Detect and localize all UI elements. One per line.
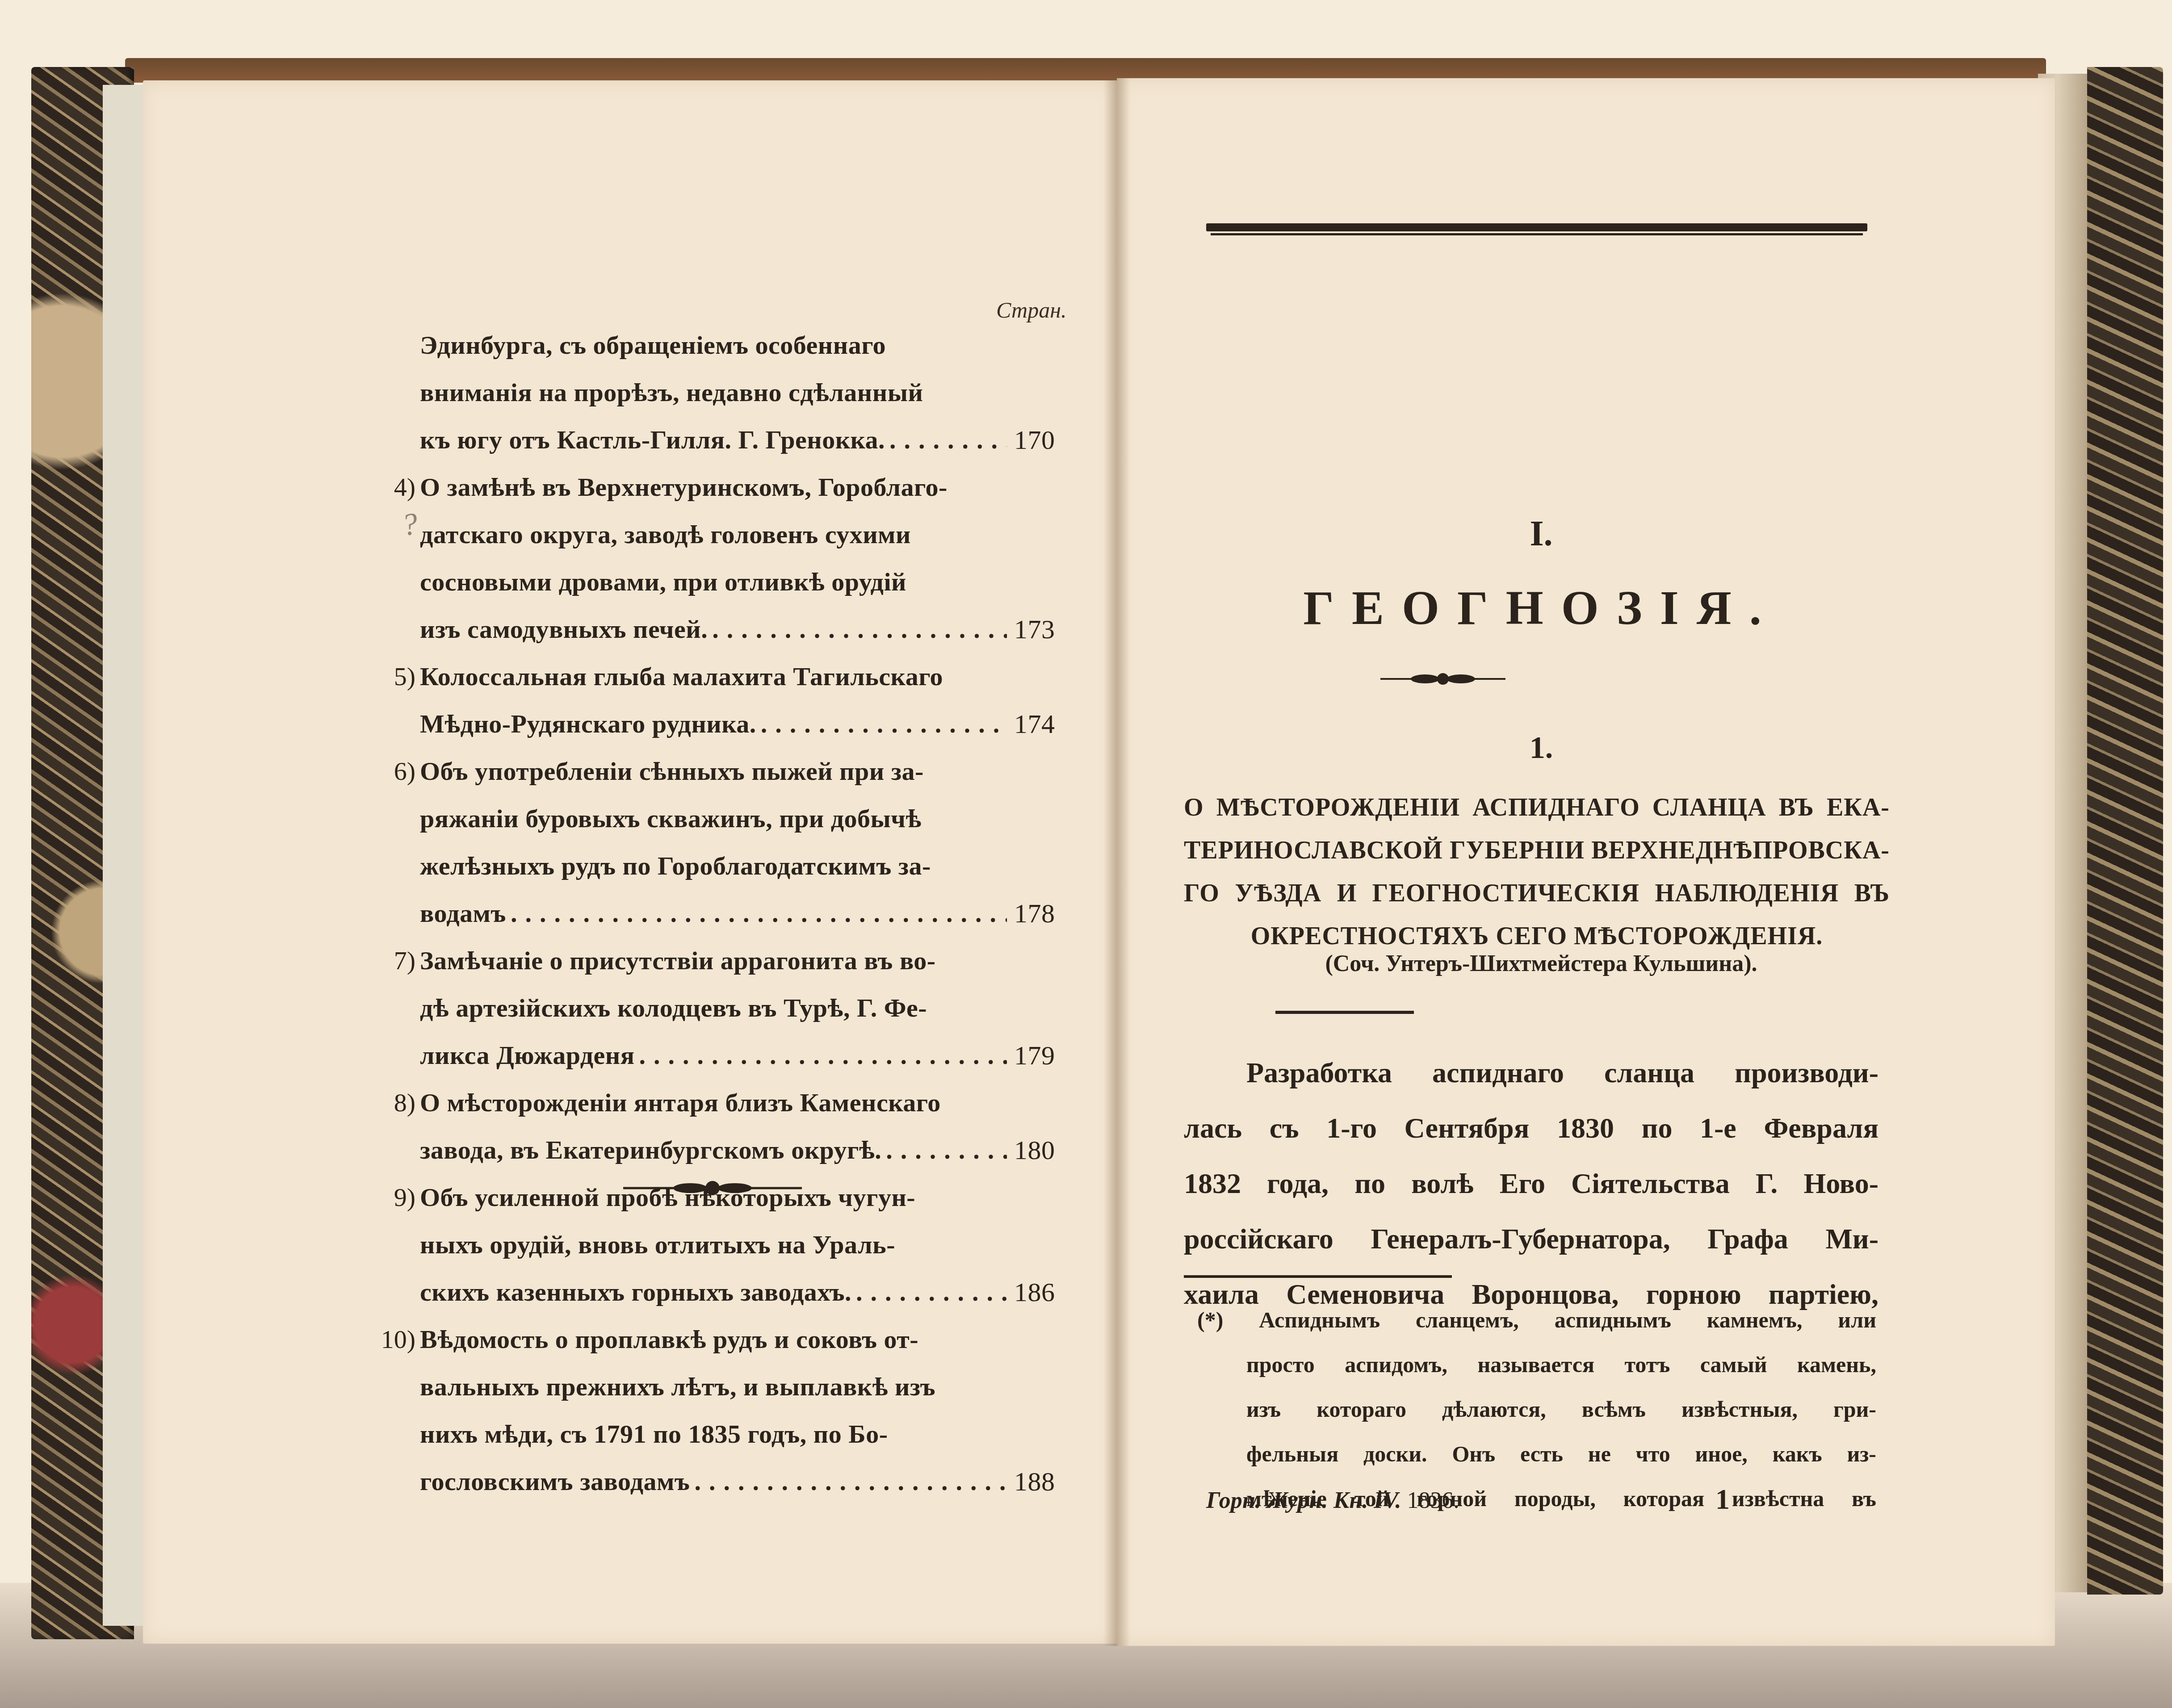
leader-dots: ........................................… (511, 890, 1007, 937)
leader-dots: ........................................… (886, 1126, 1007, 1174)
toc-entry-text: сосновыми дровами, при отливкѣ орудій (420, 558, 906, 606)
toc-entry-number: 6) (371, 748, 415, 795)
toc-entry-text: Мѣдно-Рудянскаго рудника. (420, 700, 756, 748)
leader-dots: ........................................… (639, 1032, 1007, 1079)
toc-page-number[interactable]: 178 (1014, 890, 1063, 937)
toc-page-number[interactable]: 179 (1014, 1032, 1063, 1079)
toc-entry-text: Вѣдомость о проплавкѣ рудъ и соковъ от- (420, 1316, 918, 1363)
toc-page-number[interactable]: 188 (1014, 1458, 1063, 1505)
toc-page-number[interactable]: 186 (1014, 1268, 1063, 1316)
leader-dots: ........................................… (712, 606, 1007, 653)
section-number: I. (1184, 514, 1899, 554)
article-title-line: О мѣсторожденіи аспиднаго сланца въ Ека- (1184, 786, 1890, 829)
article-title-line: го уѣзда и геогностическія наблюденія въ (1184, 872, 1890, 915)
body-line: россійскаго Генералъ-Губернатора, Графа … (1184, 1211, 1878, 1267)
toc-entry-text: Объ употребленіи сѣнныхъ пыжей при за- (420, 748, 924, 795)
toc-entry-number: 9) (371, 1174, 415, 1221)
book-gutter (1103, 78, 1130, 1646)
footnote-line: фельныя доски. Онъ есть не что иное, как… (1197, 1432, 1876, 1476)
ornament-divider-icon (623, 1179, 802, 1197)
leader-dots: ........................................… (889, 416, 1007, 464)
signature-year: 1836. (1407, 1488, 1459, 1513)
toc-entry[interactable]: 6)Объ употребленіи сѣнныхъ пыжей при за-… (420, 748, 1063, 937)
toc-entry[interactable]: 8)О мѣсторожденіи янтаря близъ Каменскаг… (420, 1079, 1063, 1174)
table-of-contents: Эдинбурга, съ обращеніемъ особеннаговним… (420, 322, 1063, 1505)
toc-entry-text: ликса Дюжарденя (420, 1032, 635, 1079)
toc-entry-text: Колоссальная глыба малахита Тагильскаго (420, 653, 943, 700)
toc-entry-text: датскаго округа, заводѣ головенъ сухими (420, 511, 911, 558)
leader-dots: ........................................… (856, 1268, 1007, 1316)
article-number: 1. (1184, 730, 1899, 766)
toc-entry-number: 8) (371, 1079, 415, 1126)
toc-entry[interactable]: 5)Колоссальная глыба малахита Тагильскаг… (420, 653, 1063, 748)
leader-dots: ........................................… (761, 700, 1007, 748)
footnote-line: (*) Аспиднымъ сланцемъ, аспиднымъ камнем… (1197, 1298, 1876, 1342)
toc-entry-text: изъ самодувныхъ печей. (420, 606, 708, 653)
toc-entry-text: завода, въ Екатеринбургскомъ округѣ. (420, 1126, 881, 1174)
toc-entry-text: гословскимъ заводамъ (420, 1458, 690, 1505)
body-line: лась съ 1-го Сентября 1830 по 1-е Феврал… (1184, 1101, 1878, 1156)
toc-page-number[interactable]: 170 (1014, 416, 1063, 464)
toc-entry-text: Замѣчаніе о присутствіи аррагонита въ во… (420, 937, 936, 984)
toc-entry-text: вальныхъ прежнихъ лѣтъ, и выплавкѣ изъ (420, 1363, 935, 1411)
footnote-line: просто аспидомъ, называется тотъ самый к… (1197, 1342, 1876, 1387)
leader-dots: ........................................… (694, 1458, 1007, 1505)
toc-entry[interactable]: Эдинбурга, съ обращеніемъ особеннаговним… (420, 322, 1063, 464)
short-rule (1275, 1011, 1414, 1014)
toc-entry[interactable]: 4)О замѣнѣ въ Верхнетуринскомъ, Гороблаг… (420, 464, 1063, 653)
header-double-rule (1206, 223, 1867, 235)
toc-entry[interactable]: 10)Вѣдомость о проплавкѣ рудъ и соковъ о… (420, 1316, 1063, 1505)
toc-entry-number: 7) (371, 937, 415, 984)
toc-page-number[interactable]: 173 (1014, 606, 1063, 653)
body-paragraph: Разработка аспиднаго сланца производи- л… (1184, 1045, 1878, 1322)
article-title-line: теринославской губерніи Верхнеднѣпровска… (1184, 829, 1890, 872)
toc-entry-text: водамъ (420, 890, 506, 937)
toc-entry-text: дѣ артезійскихъ колодцевъ въ Турѣ, Г. Фе… (420, 984, 927, 1032)
author-attribution: (Соч. Унтеръ-Шихтмейстера Кульшина). (1184, 950, 1899, 977)
printer-signature: Горн. Журн. Кн. IV. 1836. (1206, 1487, 1459, 1514)
toc-entry-text: ныхъ орудій, вновь отлитыхъ на Ураль- (420, 1221, 895, 1268)
toc-entry-text: О мѣсторожденіи янтаря близъ Каменскаго (420, 1079, 941, 1126)
footnote-rule (1184, 1275, 1452, 1278)
toc-entry-text: скихъ казенныхъ горныхъ заводахъ. (420, 1268, 851, 1316)
toc-entry-text: къ югу отъ Кастль-Гилля. Г. Гренокка. (420, 416, 885, 464)
toc-entry-number: 4) (371, 464, 415, 511)
toc-entry-text: вниманія на прорѣзъ, недавно сдѣланный (420, 369, 923, 416)
toc-entry[interactable]: 7)Замѣчаніе о присутствіи аррагонита въ … (420, 937, 1063, 1079)
article-title: О мѣсторожденіи аспиднаго сланца въ Ека-… (1184, 786, 1890, 958)
toc-column-header: Стран. (996, 297, 1066, 323)
right-cover-board (2087, 67, 2163, 1595)
toc-entry-number: 5) (371, 653, 415, 700)
footnote-line: изъ котораго дѣлаются, всѣмъ извѣстныя, … (1197, 1387, 1876, 1432)
signature-text: Горн. Журн. Кн. IV. (1206, 1488, 1401, 1513)
ornament-divider-icon (1264, 670, 1622, 688)
body-line: Разработка аспиднаго сланца производи- (1184, 1045, 1878, 1101)
toc-entry-text: желѣзныхъ рудъ по Гороблагодатскимъ за- (420, 842, 931, 890)
toc-entry-text: ряжаніи буровыхъ скважинъ, при добычѣ (420, 795, 922, 842)
toc-entry-number: 10) (371, 1316, 415, 1363)
toc-entry-text: нихъ мѣди, съ 1791 по 1835 годъ, по Бо- (420, 1411, 888, 1458)
page-number: 1 (1715, 1483, 1730, 1516)
toc-page-number[interactable]: 174 (1014, 700, 1063, 748)
section-title: ГЕОГНОЗІЯ. (1184, 581, 1899, 636)
body-line: 1832 года, по волѣ Его Сіятельства Г. Но… (1184, 1156, 1878, 1211)
toc-entry-text: О замѣнѣ въ Верхнетуринскомъ, Гороблаго- (420, 464, 948, 511)
toc-entry-text: Эдинбурга, съ обращеніемъ особеннаго (420, 322, 886, 369)
toc-page-number[interactable]: 180 (1014, 1126, 1063, 1174)
